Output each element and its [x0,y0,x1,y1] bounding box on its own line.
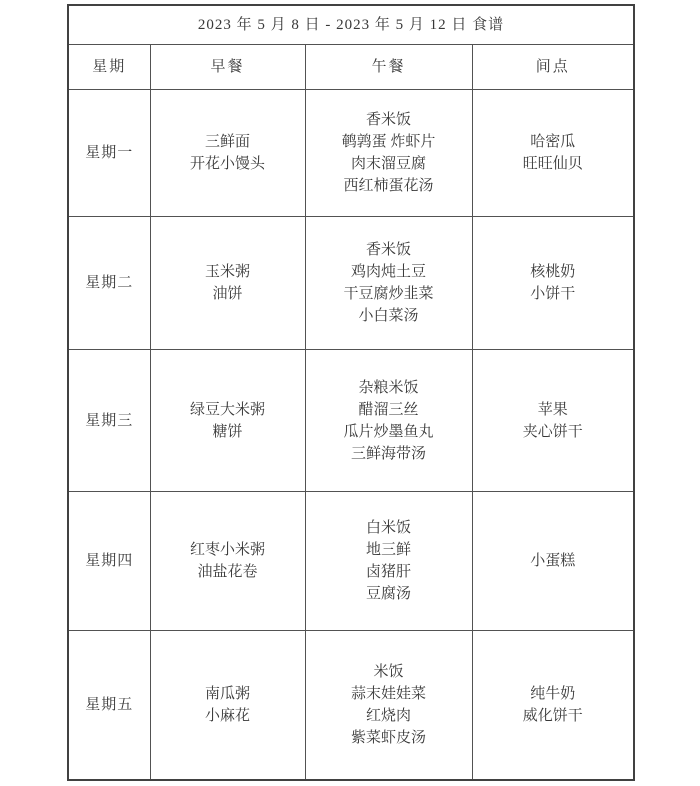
column-header-snack: 间点 [472,45,634,90]
day-label: 星期五 [68,631,150,781]
table-title: 2023 年 5 月 8 日 - 2023 年 5 月 12 日 食谱 [68,5,634,45]
snack-cell: 苹果 夹心饼干 [472,350,634,492]
lunch-cell: 香米饭 鹌鹑蛋 炸虾片 肉末溜豆腐 西红柿蛋花汤 [305,90,472,217]
table-row-wednesday: 星期三 绿豆大米粥 糖饼 杂粮米饭 醋溜三丝 瓜片炒墨鱼丸 三鲜海带汤 苹果 夹… [68,350,634,492]
snack-cell: 纯牛奶 威化饼干 [472,631,634,781]
table-header-row: 星期 早餐 午餐 间点 [68,45,634,90]
breakfast-cell: 三鲜面 开花小馒头 [150,90,305,217]
breakfast-cell: 玉米粥 油饼 [150,217,305,350]
snack-cell: 小蛋糕 [472,492,634,631]
meal-schedule-table: 2023 年 5 月 8 日 - 2023 年 5 月 12 日 食谱 星期 早… [67,4,635,781]
document-page: 2023 年 5 月 8 日 - 2023 年 5 月 12 日 食谱 星期 早… [0,0,700,786]
breakfast-cell: 南瓜粥 小麻花 [150,631,305,781]
column-header-breakfast: 早餐 [150,45,305,90]
breakfast-cell: 绿豆大米粥 糖饼 [150,350,305,492]
column-header-lunch: 午餐 [305,45,472,90]
lunch-cell: 香米饭 鸡肉炖土豆 干豆腐炒韭菜 小白菜汤 [305,217,472,350]
snack-cell: 哈密瓜 旺旺仙贝 [472,90,634,217]
day-label: 星期一 [68,90,150,217]
day-label: 星期四 [68,492,150,631]
table-row-thursday: 星期四 红枣小米粥 油盐花卷 白米饭 地三鲜 卤猪肝 豆腐汤 小蛋糕 [68,492,634,631]
snack-cell: 核桃奶 小饼干 [472,217,634,350]
day-label: 星期三 [68,350,150,492]
day-label: 星期二 [68,217,150,350]
lunch-cell: 米饭 蒜末娃娃菜 红烧肉 紫菜虾皮汤 [305,631,472,781]
table-row-friday: 星期五 南瓜粥 小麻花 米饭 蒜末娃娃菜 红烧肉 紫菜虾皮汤 纯牛奶 威化饼干 [68,631,634,781]
table-row-monday: 星期一 三鲜面 开花小馒头 香米饭 鹌鹑蛋 炸虾片 肉末溜豆腐 西红柿蛋花汤 哈… [68,90,634,217]
lunch-cell: 白米饭 地三鲜 卤猪肝 豆腐汤 [305,492,472,631]
lunch-cell: 杂粮米饭 醋溜三丝 瓜片炒墨鱼丸 三鲜海带汤 [305,350,472,492]
table-title-row: 2023 年 5 月 8 日 - 2023 年 5 月 12 日 食谱 [68,5,634,45]
table-row-tuesday: 星期二 玉米粥 油饼 香米饭 鸡肉炖土豆 干豆腐炒韭菜 小白菜汤 核桃奶 小饼干 [68,217,634,350]
column-header-day: 星期 [68,45,150,90]
breakfast-cell: 红枣小米粥 油盐花卷 [150,492,305,631]
